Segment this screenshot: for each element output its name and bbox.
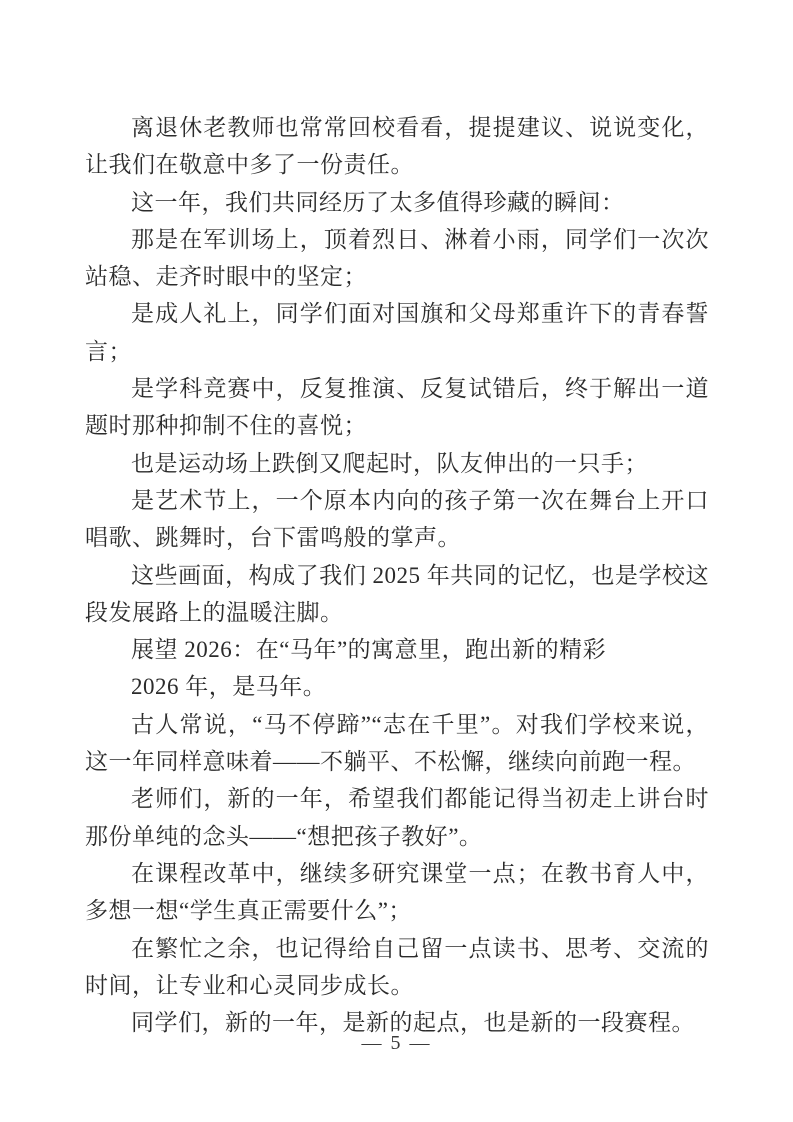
page-number: — 5 —	[362, 1032, 432, 1054]
paragraph: 这一年，我们共同经历了太多值得珍藏的瞬间：	[85, 184, 709, 221]
paragraph: 老师们，新的一年，希望我们都能记得当初走上讲台时那份单纯的念头——“想把孩子教好…	[85, 780, 709, 855]
document-page: 离退休老教师也常常回校看看，提提建议、说说变化，让我们在敬意中多了一份责任。 这…	[0, 0, 793, 1122]
paragraph: 离退休老教师也常常回校看看，提提建议、说说变化，让我们在敬意中多了一份责任。	[85, 109, 709, 184]
paragraph: 那是在军训场上，顶着烈日、淋着小雨，同学们一次次站稳、走齐时眼中的坚定；	[85, 221, 709, 296]
paragraph: 是艺术节上，一个原本内向的孩子第一次在舞台上开口唱歌、跳舞时，台下雷鸣般的掌声。	[85, 482, 709, 557]
paragraph: 这些画面，构成了我们 2025 年共同的记忆，也是学校这段发展路上的温暖注脚。	[85, 557, 709, 632]
page-footer: — 5 —	[0, 1032, 793, 1055]
paragraph: 在繁忙之余，也记得给自己留一点读书、思考、交流的时间，让专业和心灵同步成长。	[85, 930, 709, 1005]
section-heading: 展望 2026：在“马年”的寓意里，跑出新的精彩	[85, 631, 709, 668]
paragraph: 也是运动场上跌倒又爬起时，队友伸出的一只手；	[85, 445, 709, 482]
paragraph: 2026 年，是马年。	[85, 668, 709, 705]
paragraph: 在课程改革中，继续多研究课堂一点；在教书育人中，多想一想“学生真正需要什么”；	[85, 855, 709, 930]
paragraph: 是成人礼上，同学们面对国旗和父母郑重许下的青春誓言；	[85, 295, 709, 370]
paragraph: 是学科竞赛中，反复推演、反复试错后，终于解出一道题时那种抑制不住的喜悦；	[85, 370, 709, 445]
document-body: 离退休老教师也常常回校看看，提提建议、说说变化，让我们在敬意中多了一份责任。 这…	[85, 109, 709, 1041]
paragraph: 古人常说，“马不停蹄”“志在千里”。对我们学校来说，这一年同样意味着——不躺平、…	[85, 706, 709, 781]
